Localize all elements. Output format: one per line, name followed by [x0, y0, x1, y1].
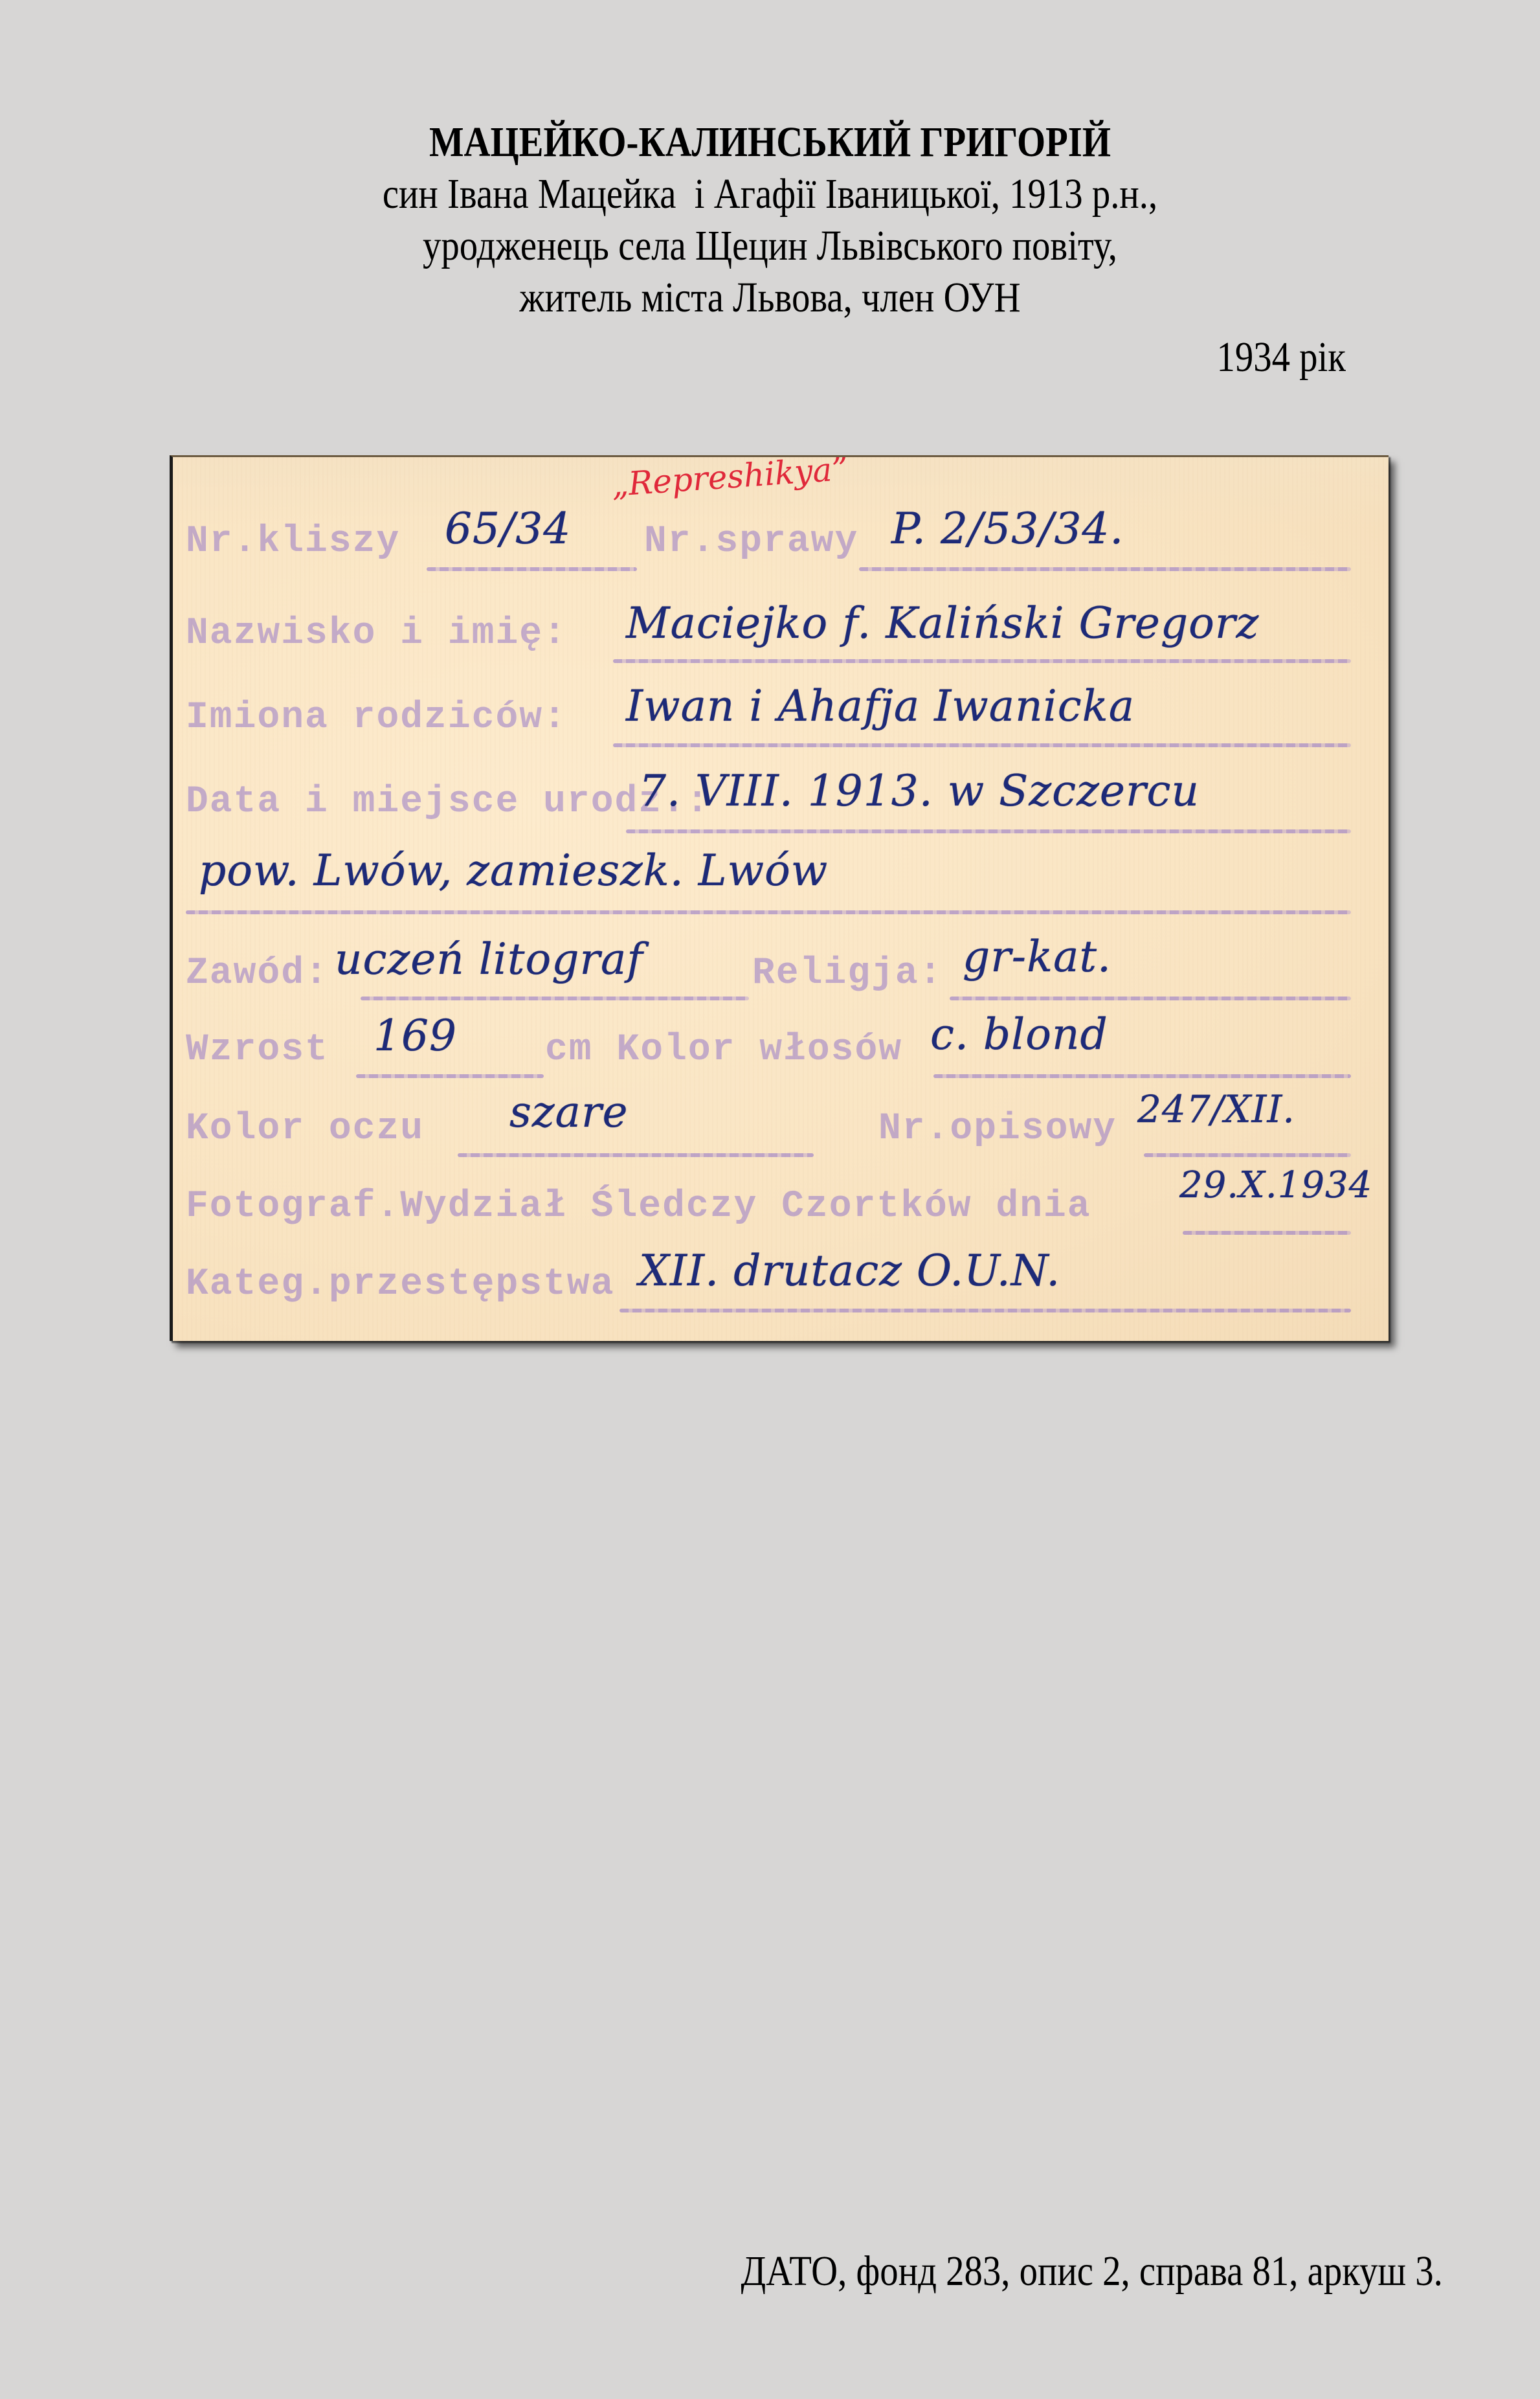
- value-photo-date: 29.X.1934: [1179, 1164, 1372, 1206]
- label-hair-color: cm Kolor włosów: [545, 1029, 902, 1071]
- field-underline: [427, 567, 637, 571]
- value-residence: pow. Lwów, zamieszk. Lwów: [199, 846, 828, 895]
- card-row-height-hair: Wzrost 169 cm Kolor włosów c. blond: [173, 998, 1389, 1082]
- card-row-occupation-religion: Zawód: uczeń litograf Religja: gr-kat.: [173, 920, 1389, 1004]
- value-parents: Iwan i Ahafja Iwanicka: [626, 681, 1135, 731]
- label-case-number: Nr.sprawy: [644, 521, 858, 563]
- value-religion: gr-kat.: [963, 932, 1111, 982]
- field-underline: [619, 1309, 1351, 1312]
- header-line-residence: житель міста Львова, член ОУН: [108, 272, 1433, 324]
- label-description-number: Nr.opisowy: [878, 1108, 1117, 1150]
- label-photo-office: Fotograf.Wydział Śledczy Czortków dnia: [186, 1186, 1091, 1228]
- red-annotation: „Represhikya”: [610, 455, 850, 504]
- value-eye-color: szare: [509, 1087, 629, 1137]
- card-row-birth: Data i miejsce urodz.: 7. VIII. 1913. w …: [173, 752, 1389, 836]
- value-full-name: Maciejko f. Kaliński Gregorz: [626, 598, 1259, 648]
- value-birth-date-place: 7. VIII. 1913. w Szczercu: [639, 766, 1200, 816]
- label-religion: Religja:: [752, 952, 943, 995]
- value-occupation: uczeń litograf: [335, 934, 643, 984]
- field-underline: [626, 829, 1351, 833]
- header-line-parents: син Івана Мацейка і Агафії Іваницької, 1…: [108, 168, 1433, 220]
- archival-registration-card: „Represhikya” Nr.kliszy 65/34 Nr.sprawy …: [170, 455, 1389, 1341]
- value-photo-number: 65/34: [445, 504, 571, 554]
- field-underline: [613, 743, 1351, 747]
- card-row-photo-office-date: Fotograf.Wydział Śledczy Czortków dnia 2…: [173, 1156, 1389, 1241]
- field-underline: [186, 910, 1351, 914]
- card-row-parents: Imiona rodziców: Iwan i Ahafja Iwanicka: [173, 671, 1389, 755]
- label-height: Wzrost: [186, 1029, 329, 1071]
- card-row-crime-category: Kateg.przestępstwa XII. drutacz O.U.N.: [173, 1234, 1389, 1318]
- document-year: 1934 рік: [1217, 332, 1346, 383]
- card-row-case-numbers: Nr.kliszy 65/34 Nr.sprawy P. 2/53/34.: [173, 502, 1389, 587]
- field-underline: [613, 659, 1351, 663]
- archive-citation: ДАТО, фонд 283, опис 2, справа 81, аркуш…: [741, 2246, 1443, 2297]
- card-row-eyes-description: Kolor oczu szare Nr.opisowy 247/XII.: [173, 1076, 1389, 1160]
- label-photo-number: Nr.kliszy: [186, 521, 400, 563]
- label-full-name: Nazwisko i imię:: [186, 613, 567, 655]
- header-line-birthplace: уродженець села Щецин Львівського повіту…: [108, 220, 1433, 272]
- value-crime-category: XII. drutacz O.U.N.: [639, 1246, 1060, 1296]
- person-name-title: МАЦЕЙКО-КАЛИНСЬКИЙ ГРИГОРІЙ: [108, 117, 1433, 168]
- card-row-full-name: Nazwisko i imię: Maciejko f. Kaliński Gr…: [173, 587, 1389, 671]
- card-row-residence: pow. Lwów, zamieszk. Lwów: [173, 839, 1389, 923]
- document-header: МАЦЕЙКО-КАЛИНСЬКИЙ ГРИГОРІЙ син Івана Ма…: [0, 117, 1540, 324]
- label-eye-color: Kolor oczu: [186, 1108, 424, 1150]
- value-hair-color: c. blond: [930, 1009, 1108, 1059]
- value-case-number: P. 2/53/34.: [891, 504, 1124, 554]
- label-parents: Imiona rodziców:: [186, 697, 567, 739]
- label-birth-date-place: Data i miejsce urodz.:: [186, 781, 710, 823]
- value-description-number: 247/XII.: [1137, 1087, 1295, 1131]
- label-crime-category: Kateg.przestępstwa: [186, 1263, 615, 1305]
- field-underline: [859, 567, 1351, 571]
- label-occupation: Zawód:: [186, 952, 329, 995]
- value-height: 169: [374, 1011, 457, 1061]
